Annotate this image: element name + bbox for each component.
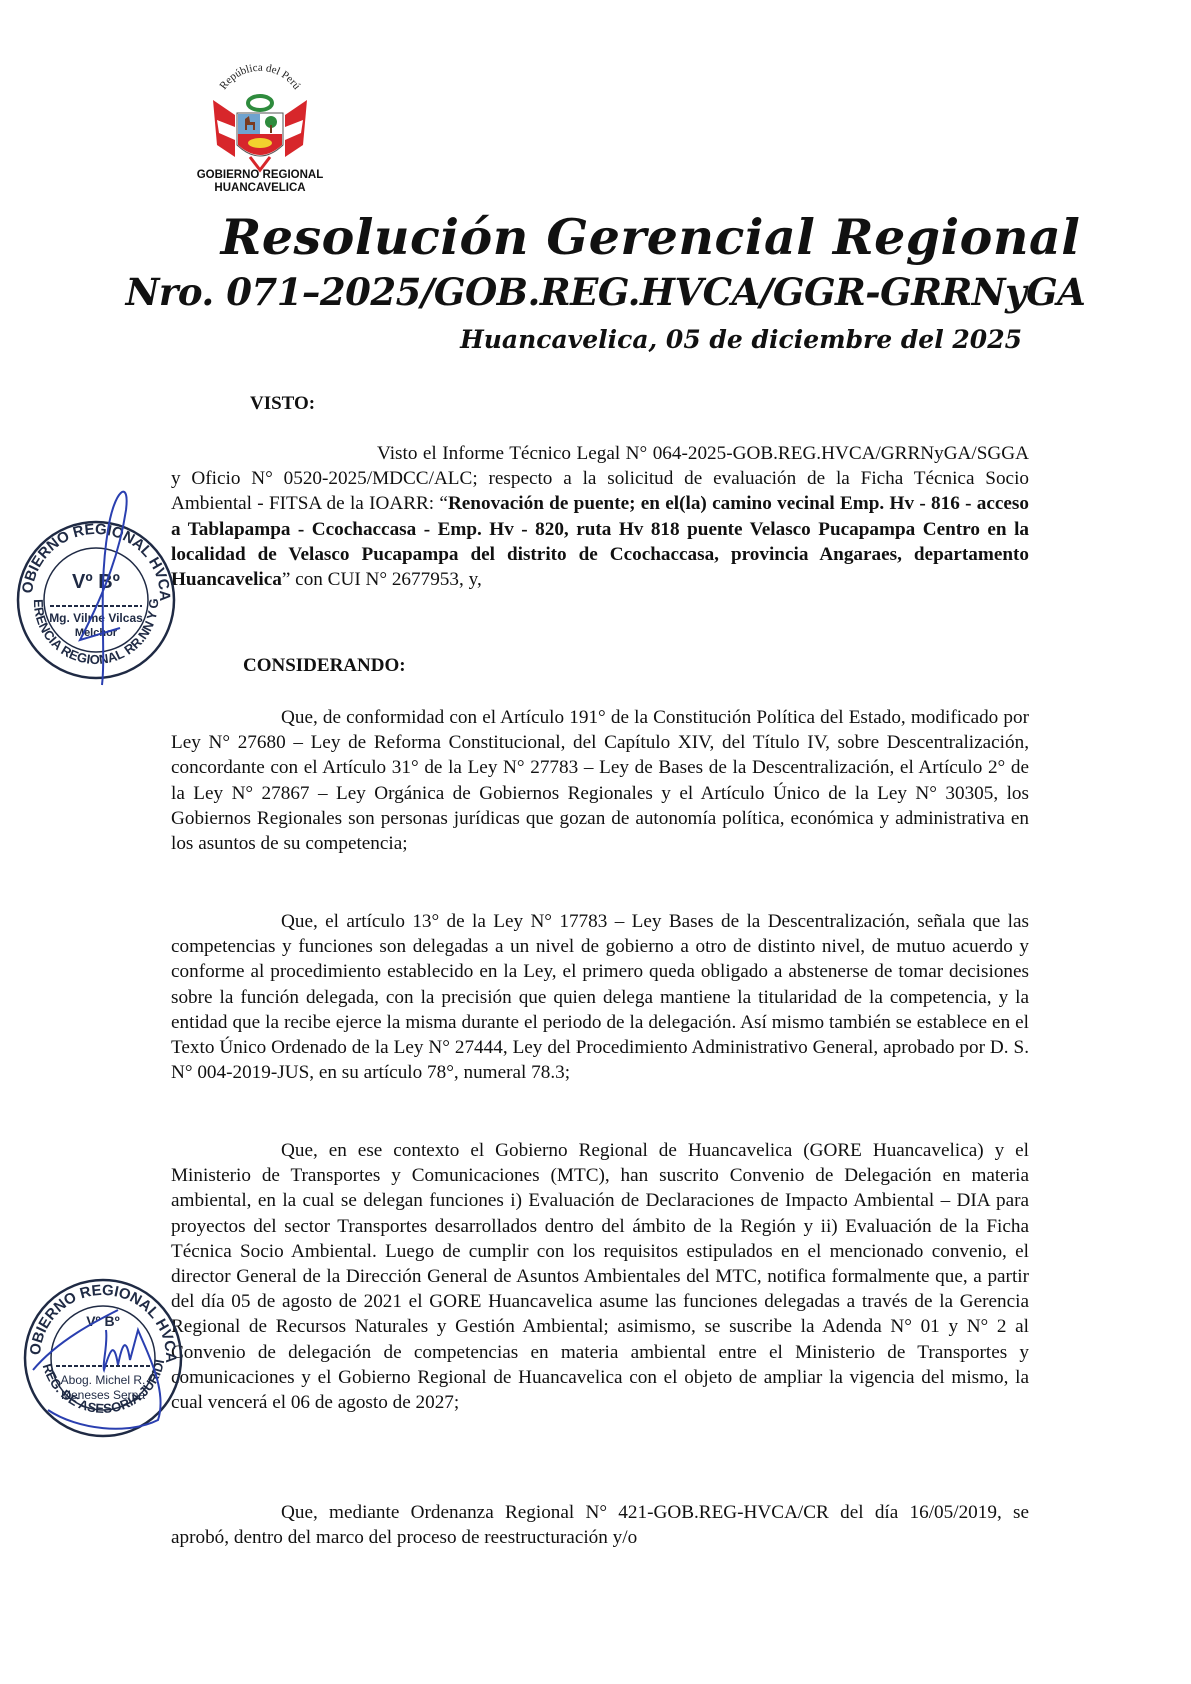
coat-of-arms-icon: República del Perú <box>195 45 325 175</box>
paragraph-text: Que, mediante Ordenanza Regional N° 421-… <box>171 1502 1029 1548</box>
svg-text:República del Perú: República del Perú <box>217 62 303 92</box>
coat-caption: República del Perú <box>217 62 303 92</box>
visto-paragraph: Visto el Informe Técnico Legal N° 064-20… <box>171 441 1029 592</box>
visto-heading: VISTO: <box>250 393 315 415</box>
considerando-paragraph: Que, de conformidad con el Artículo 191°… <box>171 705 1029 856</box>
official-stamp-asesoria: GOBIERNO REGIONAL HVCA. OF. REG. DE ASES… <box>18 1270 188 1445</box>
org-name-line2: HUANCAVELICA <box>180 182 340 195</box>
resolution-number: Nro. 071–2025/GOB.REG.HVCA/GGR-GRRNyGA <box>10 270 1191 314</box>
stamp2-center: Vº Bº <box>86 1313 120 1329</box>
considerando-heading: CONSIDERANDO: <box>243 655 406 677</box>
paragraph-text: Que, de conformidad con el Artículo 191°… <box>171 707 1029 854</box>
header-logo: República del Perú GOBIERNO REGIONAL HUA… <box>180 45 340 195</box>
place-and-date: Huancavelica, 05 de diciembre del 2025 <box>0 325 1022 354</box>
considerando-paragraph: Que, el artículo 13° de la Ley N° 17783 … <box>171 909 1029 1085</box>
considerando-paragraph: Que, mediante Ordenanza Regional N° 421-… <box>171 1500 1029 1550</box>
paragraph-text: Que, el artículo 13° de la Ley N° 17783 … <box>171 911 1029 1083</box>
considerando-paragraph: Que, en ese contexto el Gobierno Regiona… <box>171 1138 1029 1415</box>
stamp1-center: Vº Bº <box>72 571 120 593</box>
stamp2-surname: Meneses Serpa <box>61 1388 145 1402</box>
official-stamp-gerencia: GOBIERNO REGIONAL HVCA. GERENCIA REGIONA… <box>10 480 185 690</box>
visto-text-end: ” con CUI N° 2677953, y, <box>282 569 482 590</box>
stamp2-name: Abog. Michel R. <box>61 1373 146 1387</box>
stamp1-name: Mg. Vilme Vilcas <box>49 611 143 625</box>
org-name-line1: GOBIERNO REGIONAL <box>180 169 340 182</box>
paragraph-text: Que, en ese contexto el Gobierno Regiona… <box>171 1140 1029 1413</box>
document-title: Resolución Gerencial Regional <box>55 208 1191 266</box>
